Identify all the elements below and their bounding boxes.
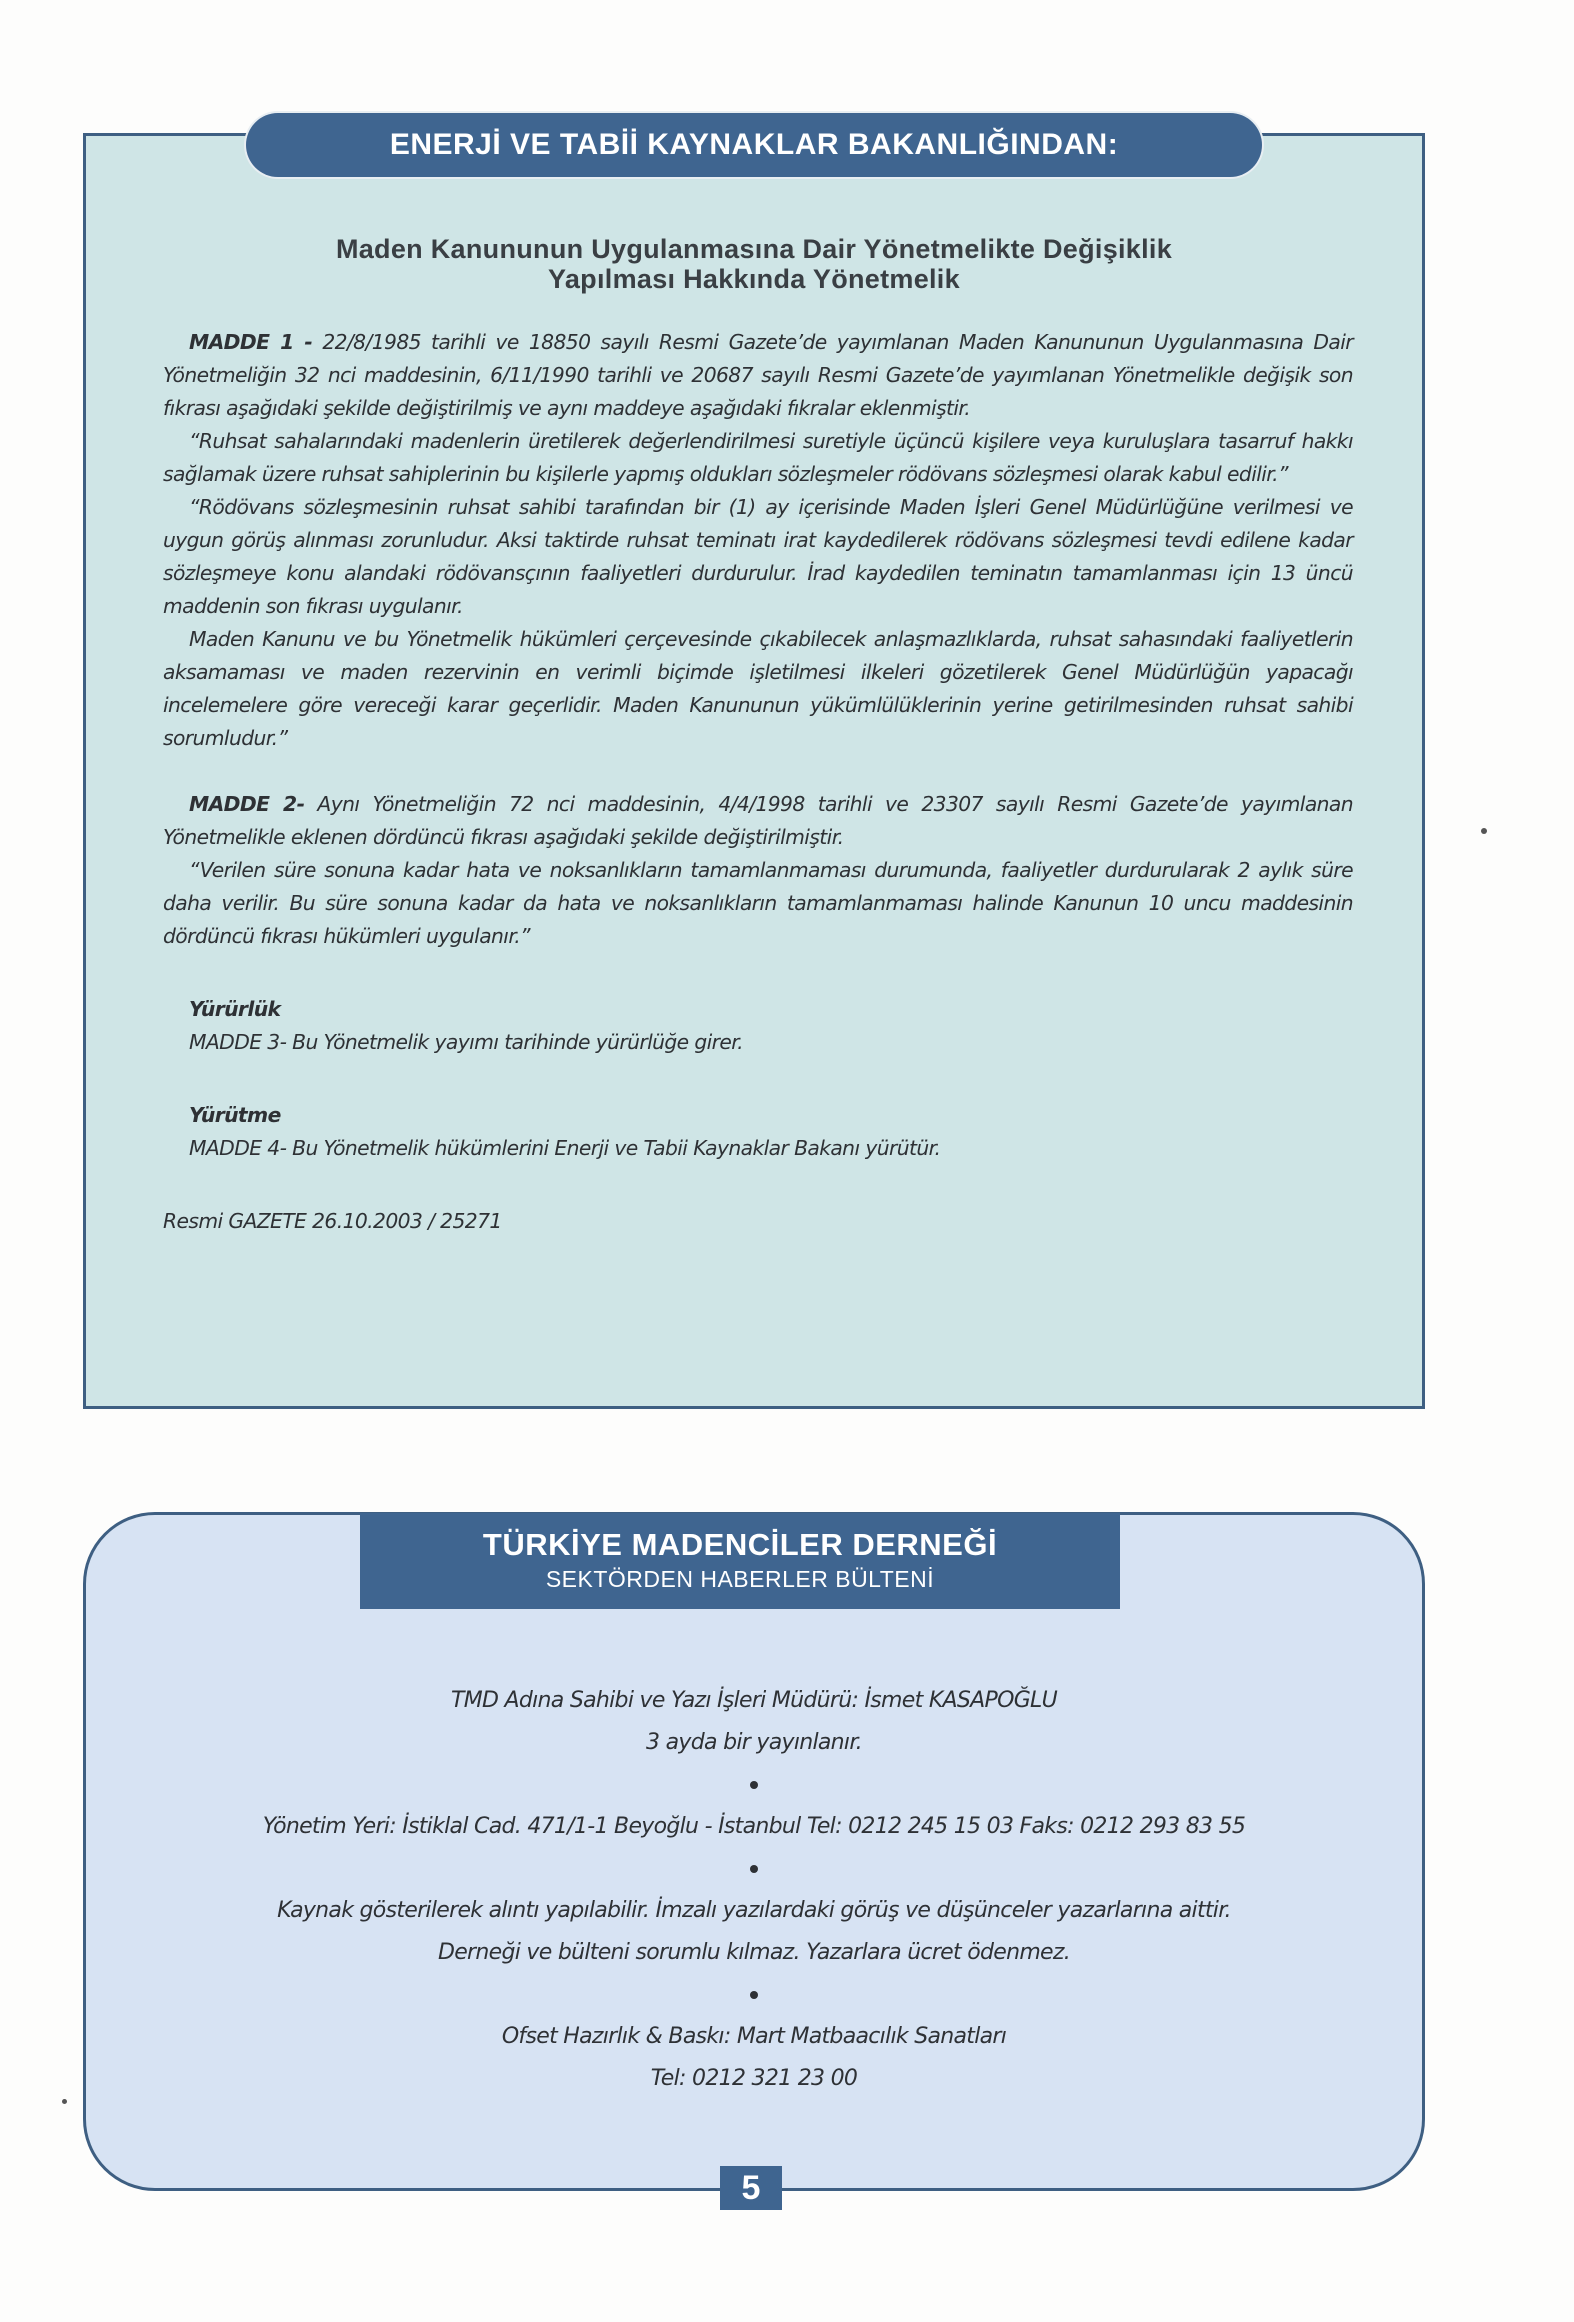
madde-2-text: Aynı Yönetmeliğin 72 nci maddesinin, 4/4… — [163, 792, 1353, 849]
title-line-2: Yapılması Hakkında Yönetmelik — [86, 264, 1422, 294]
bullet-separator — [750, 1991, 758, 1999]
yururluk-heading: Yürürlük — [163, 993, 1353, 1026]
madde-2-paragraph: MADDE 2- Aynı Yönetmeliğin 72 nci maddes… — [163, 788, 1353, 854]
page-number: 5 — [720, 2166, 782, 2210]
quote-3: Maden Kanunu ve bu Yönetmelik hükümleri … — [163, 623, 1353, 755]
masthead-band: TÜRKİYE MADENCİLER DERNEĞİ SEKTÖRDEN HAB… — [360, 1513, 1120, 1609]
bullet-separator — [750, 1781, 758, 1789]
printer-line: Ofset Hazırlık & Baskı: Mart Matbaacılık… — [83, 2016, 1425, 2058]
gazette-source: Resmi GAZETE 26.10.2003 / 25271 — [163, 1205, 1353, 1238]
title-line-1: Maden Kanununun Uygulanmasına Dair Yönet… — [86, 234, 1422, 264]
association-name: TÜRKİYE MADENCİLER DERNEĞİ — [360, 1527, 1120, 1563]
scan-speck — [1481, 828, 1487, 834]
quote-4: “Verilen süre sonuna kadar hata ve noksa… — [163, 854, 1353, 953]
ministry-banner: ENERJİ VE TABİİ KAYNAKLAR BAKANLIĞINDAN: — [246, 113, 1262, 177]
madde-1-text: 22/8/1985 tarihli ve 18850 sayılı Resmi … — [163, 330, 1353, 420]
owner-line: TMD Adına Sahibi ve Yazı İşleri Müdürü: … — [83, 1680, 1425, 1722]
yururluk-text: MADDE 3- Bu Yönetmelik yayımı tarihinde … — [163, 1026, 1353, 1059]
bulletin-name: SEKTÖRDEN HABERLER BÜLTENİ — [360, 1565, 1120, 1593]
quote-1: “Ruhsat sahalarındaki madenlerin üretile… — [163, 425, 1353, 491]
madde-1-label: MADDE 1 - — [189, 330, 312, 354]
regulation-box: Maden Kanununun Uygulanmasına Dair Yönet… — [83, 133, 1425, 1409]
yurutme-heading: Yürütme — [163, 1099, 1353, 1132]
masthead-info: TMD Adına Sahibi ve Yazı İşleri Müdürü: … — [83, 1680, 1425, 2100]
disclaimer-line-2: Derneği ve bülteni sorumlu kılmaz. Yazar… — [83, 1932, 1425, 1974]
bullet-separator — [750, 1865, 758, 1873]
regulation-body: MADDE 1 - 22/8/1985 tarihli ve 18850 say… — [163, 326, 1353, 1238]
frequency-line: 3 ayda bir yayınlanır. — [83, 1722, 1425, 1764]
address-line: Yönetim Yeri: İstiklal Cad. 471/1-1 Beyo… — [83, 1806, 1425, 1848]
madde-1-paragraph: MADDE 1 - 22/8/1985 tarihli ve 18850 say… — [163, 326, 1353, 425]
madde-2-label: MADDE 2- — [189, 792, 304, 816]
yurutme-text: MADDE 4- Bu Yönetmelik hükümlerini Enerj… — [163, 1132, 1353, 1165]
quote-2: “Rödövans sözleşmesinin ruhsat sahibi ta… — [163, 491, 1353, 623]
printer-tel: Tel: 0212 321 23 00 — [83, 2058, 1425, 2100]
scan-speck — [62, 2099, 67, 2104]
disclaimer-line-1: Kaynak gösterilerek alıntı yapılabilir. … — [83, 1890, 1425, 1932]
regulation-title: Maden Kanununun Uygulanmasına Dair Yönet… — [86, 234, 1422, 294]
